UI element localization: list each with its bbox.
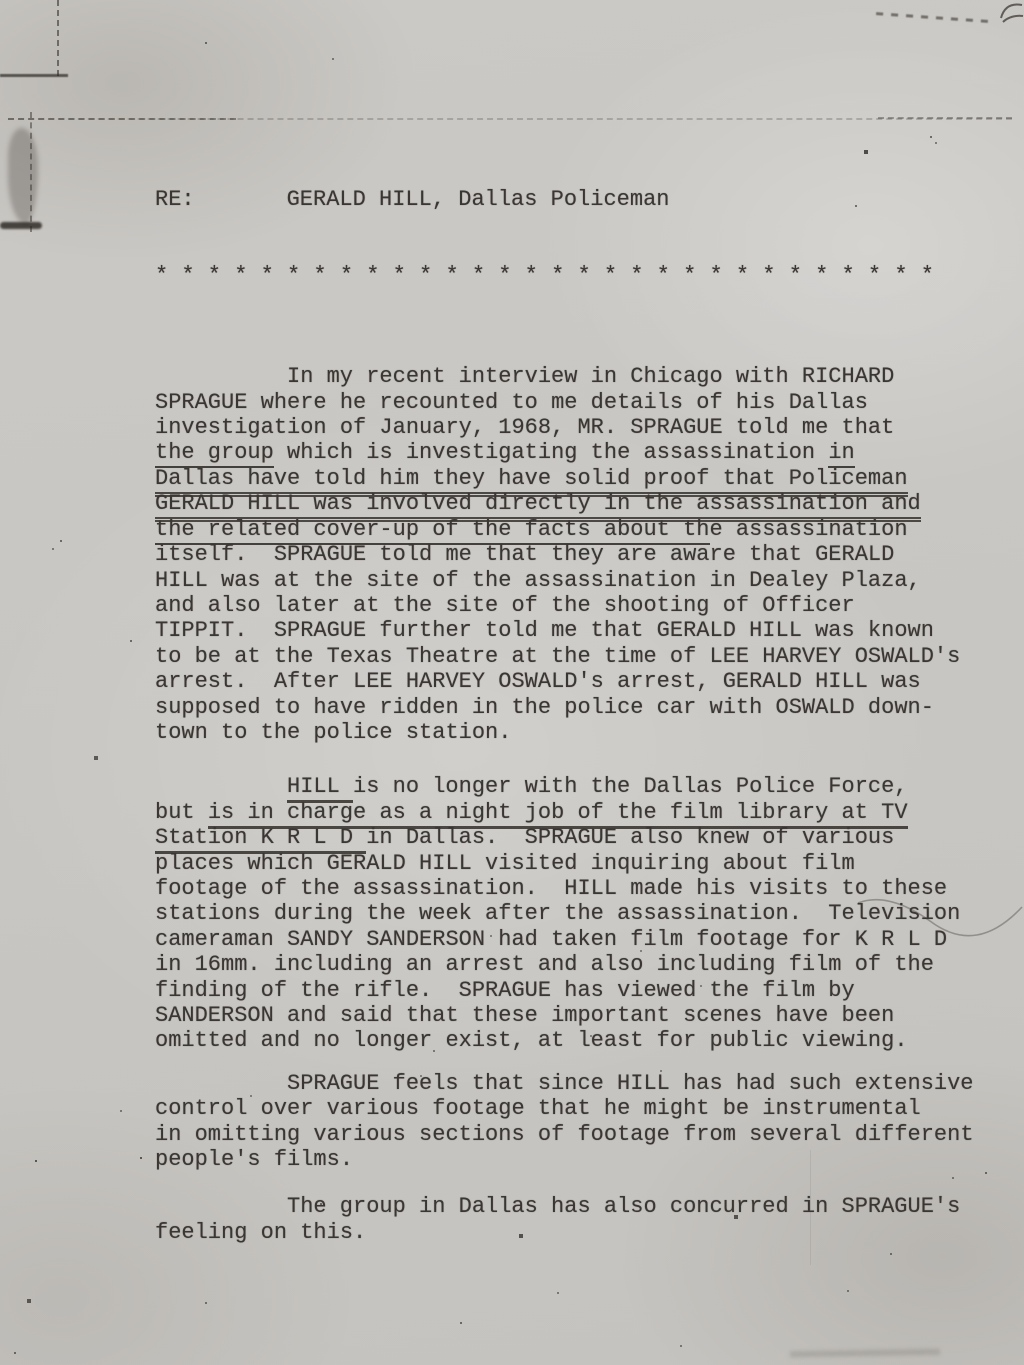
text-segment: investigation of January, 1968, MR. SPRA… [155,415,894,440]
text-line: omitted and no longer exist, at least fo… [155,1028,1015,1053]
text-segment: In my recent interview in Chicago with R… [287,364,894,389]
text-line: supposed to have ridden in the police ca… [155,695,1015,720]
text-segment: in omitting various sections of footage … [155,1122,974,1147]
text-segment: but [155,800,208,825]
text-segment: e assassination [710,517,908,542]
text-line: finding of the rifle. SPRAGUE has viewed… [155,978,1015,1003]
text-segment: control over various footage that he mig… [155,1096,921,1121]
paragraph: HILL is no longer with the Dallas Police… [155,774,1015,1053]
dashed-rule-left-artifact [8,118,236,120]
corner-pen-mark [998,0,1024,24]
subject-text: GERALD HILL, Dallas Policeman [287,187,670,212]
text-segment: omitted and no longer exist, at least fo… [155,1028,908,1053]
text-line: SPRAGUE where he recounted to me details… [155,390,1015,415]
re-label: RE: [155,187,195,212]
document-text: RE:GERALD HILL, Dallas Policeman * * * *… [155,136,1015,1296]
text-line: in 16mm. including an arrest and also in… [155,952,1015,977]
underlined-text: the group [155,440,274,468]
ink-smudge-artifact [8,128,38,224]
text-segment: people's films. [155,1147,353,1172]
text-line: SPRAGUE feels that since HILL has had su… [155,1071,1015,1096]
text-segment: town to the police station. [155,720,511,745]
text-line: In my recent interview in Chicago with R… [155,364,1015,389]
paragraph: SPRAGUE feels that since HILL has had su… [155,1071,1015,1173]
dashed-rule-right-artifact [878,117,1012,119]
text-line: GERALD HILL was involved directly in the… [155,491,1015,516]
text-segment: HILL was at the site of the assassinatio… [155,568,921,593]
tape-edge-horizontal-artifact [0,74,68,77]
text-line: but is in charge as a night job of the f… [155,800,1015,825]
text-line: feeling on this. [155,1220,1015,1245]
edge-squiggle-artifact [0,222,42,229]
margin-dashed-line-artifact [30,112,32,232]
text-line: footage of the assassination. HILL made … [155,876,1015,901]
text-line: cameraman SANDY SANDERSON had taken film… [155,927,1015,952]
asterisk-divider: * * * * * * * * * * * * * * * * * * * * … [155,263,1015,288]
text-segment: and also later at the site of the shooti… [155,593,855,618]
text-line: HILL is no longer with the Dallas Police… [155,774,1015,799]
text-segment: finding of the rifle. SPRAGUE has viewed… [155,978,855,1003]
text-line: arrest. After LEE HARVEY OSWALD's arrest… [155,669,1015,694]
text-line: the related cover-up of the facts about … [155,517,1015,542]
paragraph: In my recent interview in Chicago with R… [155,364,1015,745]
text-segment: stations during the week after the assas… [155,901,960,926]
text-line: Dallas have told him they have solid pro… [155,466,1015,491]
text-line: investigation of January, 1968, MR. SPRA… [155,415,1015,440]
text-segment: is no longer with the Dallas Police Forc… [353,774,908,799]
underlined-text: in [828,440,854,468]
text-segment: places which GERALD HILL visited inquiri… [155,851,855,876]
text-segment: TIPPIT. SPRAGUE further told me that GER… [155,618,934,643]
text-segment: itself. SPRAGUE told me that they are aw… [155,542,894,567]
text-line: town to the police station. [155,720,1015,745]
text-segment: SANDERSON and said that these important … [155,1003,894,1028]
text-segment: which is investigating the assassination [274,440,829,465]
text-line: to be at the Texas Theatre at the time o… [155,644,1015,669]
text-segment: feeling on this. [155,1220,366,1245]
text-segment: SPRAGUE where he recounted to me details… [155,390,868,415]
text-segment: cameraman SANDY SANDERSON had taken film… [155,927,947,952]
subject-line: RE:GERALD HILL, Dallas Policeman [155,187,1015,212]
dashed-rule-artifact [8,118,1012,120]
text-line: Station K R L D in Dallas. SPRAGUE also … [155,825,1015,850]
text-segment: footage of the assassination. HILL made … [155,876,947,901]
text-line: TIPPIT. SPRAGUE further told me that GER… [155,618,1015,643]
text-segment: supposed to have ridden in the police ca… [155,695,934,720]
underlined-text: HILL [287,774,353,803]
text-line: places which GERALD HILL visited inquiri… [155,851,1015,876]
text-line: stations during the week after the assas… [155,901,1015,926]
text-segment: The group in Dallas has also concurred i… [287,1194,960,1219]
top-right-smudge-artifact [876,12,988,23]
text-segment: in Dallas. SPRAGUE also knew of various [366,825,894,850]
text-line: people's films. [155,1147,1015,1172]
text-line: HILL was at the site of the assassinatio… [155,568,1015,593]
tape-edge-vertical-artifact [57,0,59,76]
text-line: and also later at the site of the shooti… [155,593,1015,618]
text-segment: SPRAGUE feels that since HILL has had su… [287,1071,974,1096]
scanned-document-page: RE:GERALD HILL, Dallas Policeman * * * *… [0,0,1024,1365]
text-line: SANDERSON and said that these important … [155,1003,1015,1028]
text-segment: arrest. After LEE HARVEY OSWALD's arrest… [155,669,921,694]
text-line: the group which is investigating the ass… [155,440,1015,465]
text-line: control over various footage that he mig… [155,1096,1015,1121]
text-segment: in 16mm. including an arrest and also in… [155,952,934,977]
underlined-text: the related cover-up of the facts about … [155,517,710,545]
bottom-right-smudge-artifact [790,1349,940,1358]
paper-speckles [0,0,2,2]
text-line: in omitting various sections of footage … [155,1122,1015,1147]
paragraph: The group in Dallas has also concurred i… [155,1194,1015,1245]
document-body: In my recent interview in Chicago with R… [155,364,1015,1245]
text-segment: to be at the Texas Theatre at the time o… [155,644,960,669]
text-line: itself. SPRAGUE told me that they are aw… [155,542,1015,567]
text-line: The group in Dallas has also concurred i… [155,1194,1015,1219]
